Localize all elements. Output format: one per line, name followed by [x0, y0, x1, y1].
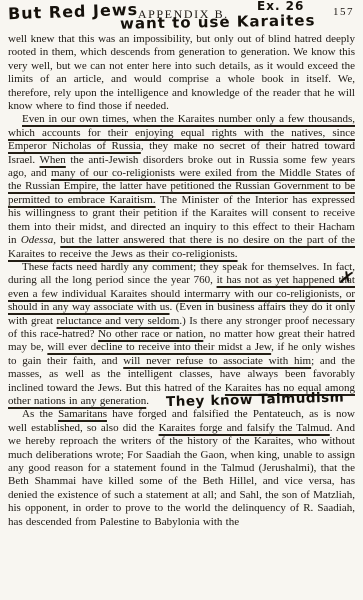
text-segment: but the latter answered that there is no… — [8, 234, 355, 259]
text-segment: When — [40, 154, 66, 166]
page-number: 157 — [333, 6, 354, 18]
handwritten-exhibit-number: Ex. 26 — [257, 0, 304, 13]
text-segment: Odessa — [21, 234, 53, 246]
text-segment: No other race or nation — [98, 328, 203, 340]
text-segment: will never refuse to associate with him — [123, 355, 311, 367]
text-segment: Karaites forge and falsify the Talmud — [159, 422, 330, 434]
paragraph-4: As the Samaritans have forged and falsif… — [8, 408, 355, 529]
handwritten-note-top-left: But Red Jews — [8, 0, 139, 23]
paragraph-2: Even in our own times, when the Karaites… — [8, 113, 355, 260]
body-text: well knew that this was an impossibility… — [8, 33, 355, 529]
text-segment: Samaritans — [58, 408, 107, 420]
text-segment: As the — [22, 408, 58, 420]
paragraph-3: These facts need hardly any comment; the… — [8, 261, 355, 408]
page-header: But Red Jews APPENDIX B. want to use Kar… — [0, 0, 363, 33]
paragraph-1: well knew that this was an impossibility… — [8, 33, 355, 113]
text-segment: will ever decline to receive into their … — [47, 341, 271, 353]
handwritten-inline-note: They know Talmudism — [152, 392, 344, 407]
text-segment: well knew that this was an impossibility… — [8, 33, 355, 112]
book-page: But Red Jews APPENDIX B. want to use Kar… — [0, 0, 363, 600]
text-segment: . And we hereby reproach the writers of … — [8, 422, 355, 528]
handwritten-note-top-center: want to use Karaites — [120, 11, 316, 32]
text-segment: reluctance and very seldom — [57, 315, 180, 327]
